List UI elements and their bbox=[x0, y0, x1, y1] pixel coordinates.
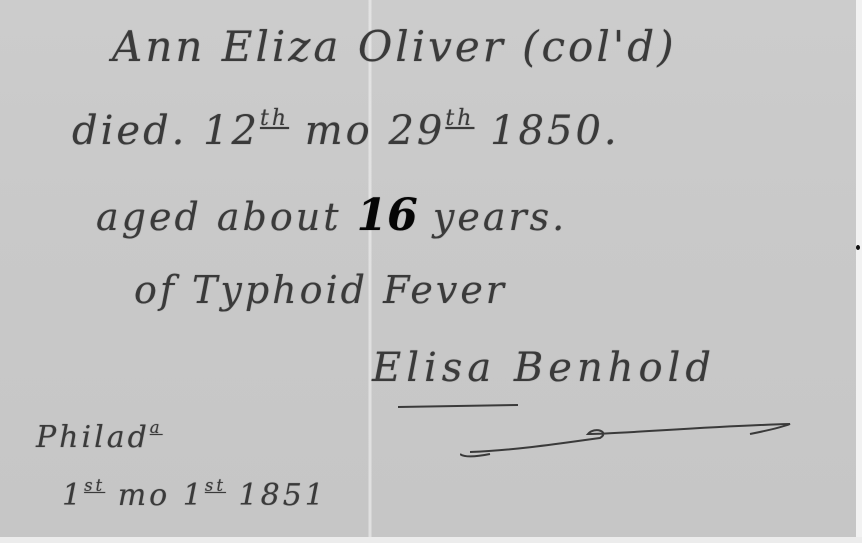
died-year: 1850. bbox=[474, 108, 619, 154]
date-mid: mo 1 bbox=[105, 478, 205, 513]
scan-edge-right bbox=[856, 0, 862, 543]
scan-edge-bottom bbox=[0, 537, 862, 543]
signature-flourish bbox=[460, 412, 800, 462]
ink-dot bbox=[856, 245, 860, 250]
age-suffix: years. bbox=[418, 195, 567, 239]
died-mid: mo 29 bbox=[289, 108, 445, 154]
died-prefix: died. 12 bbox=[72, 108, 260, 154]
place-line: Philada bbox=[36, 420, 163, 455]
date-ordinal-1: st bbox=[84, 476, 105, 495]
date-prefix: 1 bbox=[62, 478, 84, 513]
age-value: 16 bbox=[357, 190, 418, 241]
age-line: aged about 16 years. bbox=[96, 190, 567, 241]
date-year: 1851 bbox=[226, 478, 327, 513]
month-ordinal: th bbox=[260, 106, 289, 131]
place-name: Philad bbox=[36, 420, 150, 455]
signature: Elisa Benhold bbox=[372, 345, 716, 391]
issue-date-line: 1st mo 1st 1851 bbox=[62, 478, 327, 513]
cause-of-death: of Typhoid Fever bbox=[134, 268, 507, 312]
day-ordinal: th bbox=[445, 106, 474, 131]
death-date-line: died. 12th mo 29th 1850. bbox=[72, 108, 620, 154]
place-abbrev: a bbox=[150, 418, 163, 437]
deceased-name: Ann Eliza Oliver (col'd) bbox=[112, 22, 677, 71]
age-prefix: aged about bbox=[96, 195, 357, 239]
date-ordinal-2: st bbox=[205, 476, 226, 495]
